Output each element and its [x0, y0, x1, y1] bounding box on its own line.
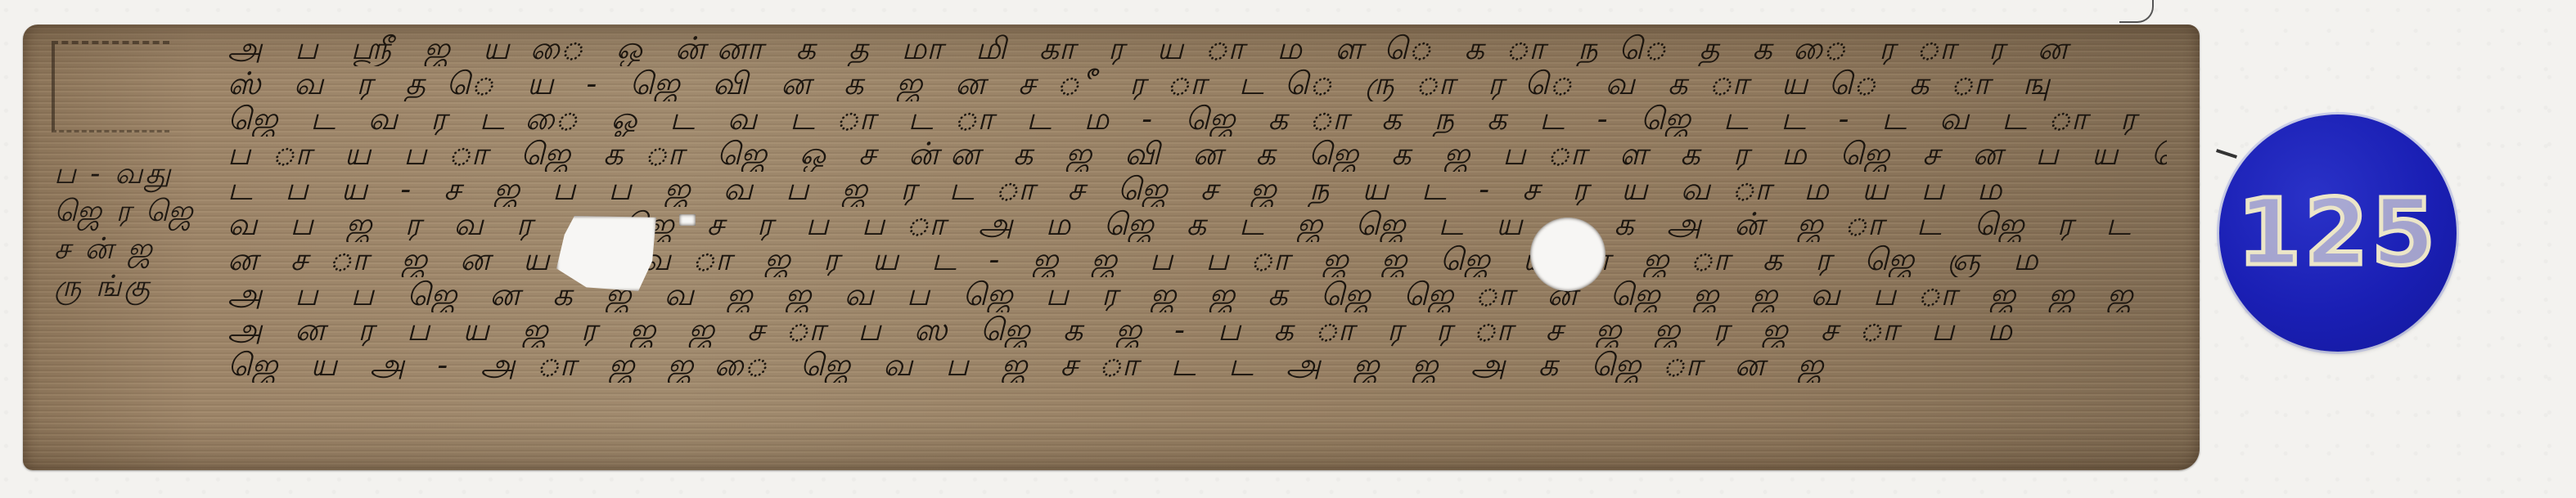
text-line: ப ா ய ப ா ஜெ க ா ஜெ ஒ ச ன்ன க ஜ வி ன க ஜ… [227, 137, 2167, 172]
margin-annotation: ப - வது ஜெ ர ஜெ ச ன் ஜ ரு ங்கு [54, 155, 193, 306]
margin-line: ரு ங்கு [54, 268, 193, 306]
corner-border-ruling [52, 41, 169, 132]
text-line: அ ன ர ப ய ஜ ர ஜ ஜ ச ா ப ஸ ஜெ க ஜ - ப க ா… [227, 312, 2167, 348]
binding-hole-round [1530, 218, 1605, 291]
tag-number: 125 [2237, 180, 2439, 286]
text-line: ஜெ ட வ ர ட ை ஓ ட வ ட ா ட ா ட ம - ஜெ க ா … [227, 101, 2167, 137]
text-line: ஸ் வ ர த ெ ய - ஜெ வி ன க ஜ ன ச ீ ர ா ட ெ… [227, 66, 2167, 101]
text-line: ன ச ா ஜ ன ய ஜ வ ா ஜ ர ய ட - ஜ ஜ ப ப ா ஜ … [227, 242, 2167, 277]
text-line: வ ப ஜ ர வ ர ஒ ஜெ ச ர ப ப ா அ ம ஜெ க ட ஜ … [227, 207, 2167, 242]
text-line: ஜெ ய அ - அ ா ஜ ஜ ை ஜெ வ ப ஜ ச ா ட ட அ ஜ … [227, 348, 2167, 383]
palm-leaf-manuscript: ப - வது ஜெ ர ஜெ ச ன் ஜ ரு ங்கு அ ப ஸ்ரீ … [23, 25, 2200, 470]
text-line: அ ப ஸ்ரீ ஜ ய ை ஒ ன்னா க த மா மி கா ர ய ா… [227, 31, 2167, 66]
margin-line: ஜெ ர ஜெ [54, 193, 193, 231]
margin-line: ச ன் ஜ [54, 231, 193, 268]
manuscript-text: அ ப ஸ்ரீ ஜ ய ை ஒ ன்னா க த மா மி கா ர ய ா… [227, 31, 2167, 383]
text-line: ட ப ய - ச ஜ ப ப ஜ வ ப ஜ ர ட ா ச ஜெ ச ஜ ந… [227, 172, 2167, 207]
catalogue-number-tag: 125 [2219, 114, 2457, 352]
text-line: அ ப ப ஜெ ன க ஜ வ ஜ ஜ வ ப ஜெ ப ர ஜ ஜ க ஜெ… [227, 277, 2167, 312]
margin-line: ப - வது [54, 155, 193, 193]
small-tear [679, 214, 696, 226]
